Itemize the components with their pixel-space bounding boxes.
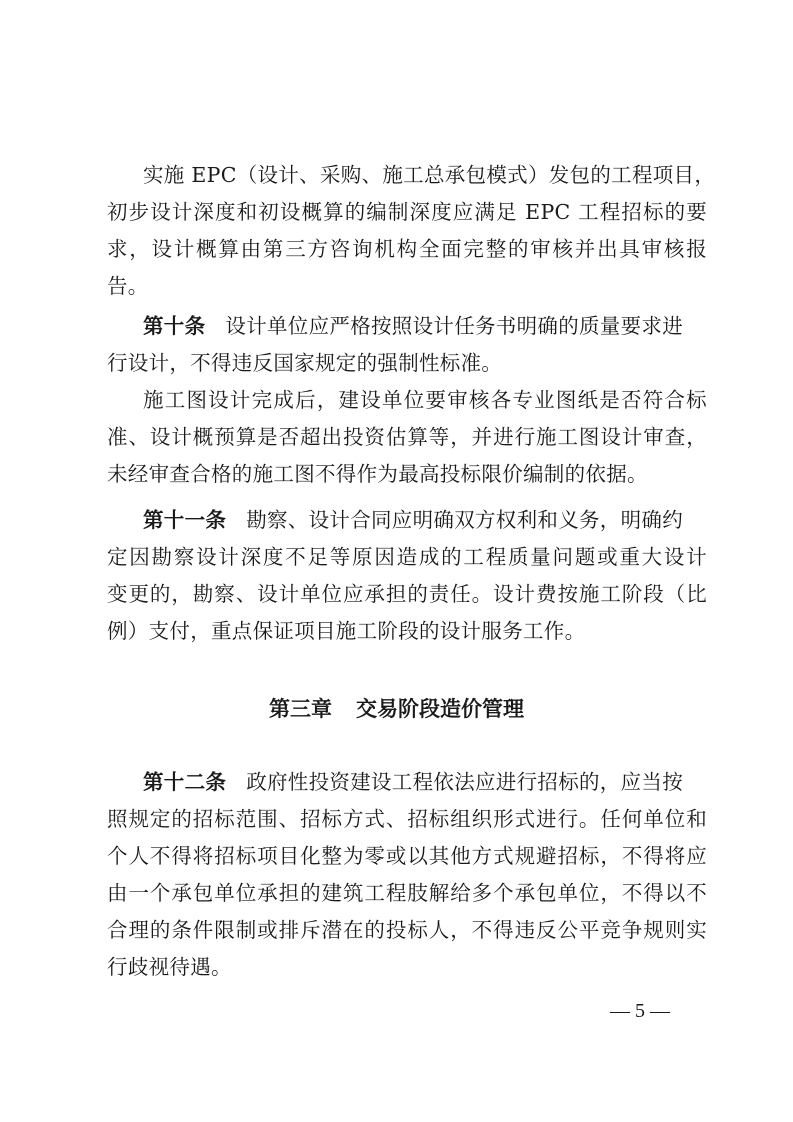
text-line: 由一个承包单位承担的建筑工程肢解给多个承包单位，不得以不 — [107, 881, 707, 905]
chapter-number: 第三章 — [269, 697, 332, 721]
text-line: 例）支付，重点保证项目施工阶段的设计服务工作。 — [107, 619, 707, 643]
text-line: 合理的条件限制或排斥潜在的投标人，不得违反公平竞争规则实 — [107, 918, 707, 942]
page-number: — 5 — — [610, 1000, 670, 1023]
text-line: 实施 EPC（设计、采购、施工总承包模式）发包的工程项目， — [143, 163, 707, 187]
article-label: 第十二条 — [143, 770, 226, 794]
text-line: 行歧视待遇。 — [107, 955, 707, 979]
text-line: 第十条设计单位应严格按照设计任务书明确的质量要求进 — [143, 314, 707, 338]
article-text: 勘察、设计合同应明确双方权利和义务，明确约 — [246, 508, 683, 532]
text-line: 第十一条勘察、设计合同应明确双方权利和义务，明确约 — [143, 508, 707, 532]
text-line: 第十二条政府性投资建设工程依法应进行招标的，应当按 — [143, 770, 707, 794]
text-line: 初步设计深度和初设概算的编制深度应满足 EPC 工程招标的要 — [107, 200, 707, 224]
article-text: 设计单位应严格按照设计任务书明确的质量要求进 — [225, 314, 683, 338]
text-line: 照规定的招标范围、招标方式、招标组织形式进行。任何单位和 — [107, 807, 707, 831]
text-line: 行设计，不得违反国家规定的强制性标准。 — [107, 351, 707, 375]
text-line: 未经审查合格的施工图不得作为最高投标限价编制的依据。 — [107, 462, 707, 486]
text-line: 施工图设计完成后，建设单位要审核各专业图纸是否符合标 — [143, 388, 707, 412]
chapter-heading: 第三章交易阶段造价管理 — [0, 693, 793, 723]
text-line: 变更的，勘察、设计单位应承担的责任。设计费按施工阶段（比 — [107, 582, 707, 606]
article-label: 第十条 — [143, 314, 205, 338]
text-line: 准、设计概预算是否超出投资估算等，并进行施工图设计审查， — [107, 425, 707, 449]
text-line: 个人不得将招标项目化整为零或以其他方式规避招标，不得将应 — [107, 844, 707, 868]
article-label: 第十一条 — [143, 508, 226, 532]
text-line: 定因勘察设计深度不足等原因造成的工程质量问题或重大设计 — [107, 545, 707, 569]
chapter-title: 交易阶段造价管理 — [356, 697, 524, 721]
text-line: 求，设计概算由第三方咨询机构全面完整的审核并出具审核报 — [107, 237, 707, 261]
text-line: 告。 — [107, 274, 707, 298]
article-text: 政府性投资建设工程依法应进行招标的，应当按 — [246, 770, 683, 794]
